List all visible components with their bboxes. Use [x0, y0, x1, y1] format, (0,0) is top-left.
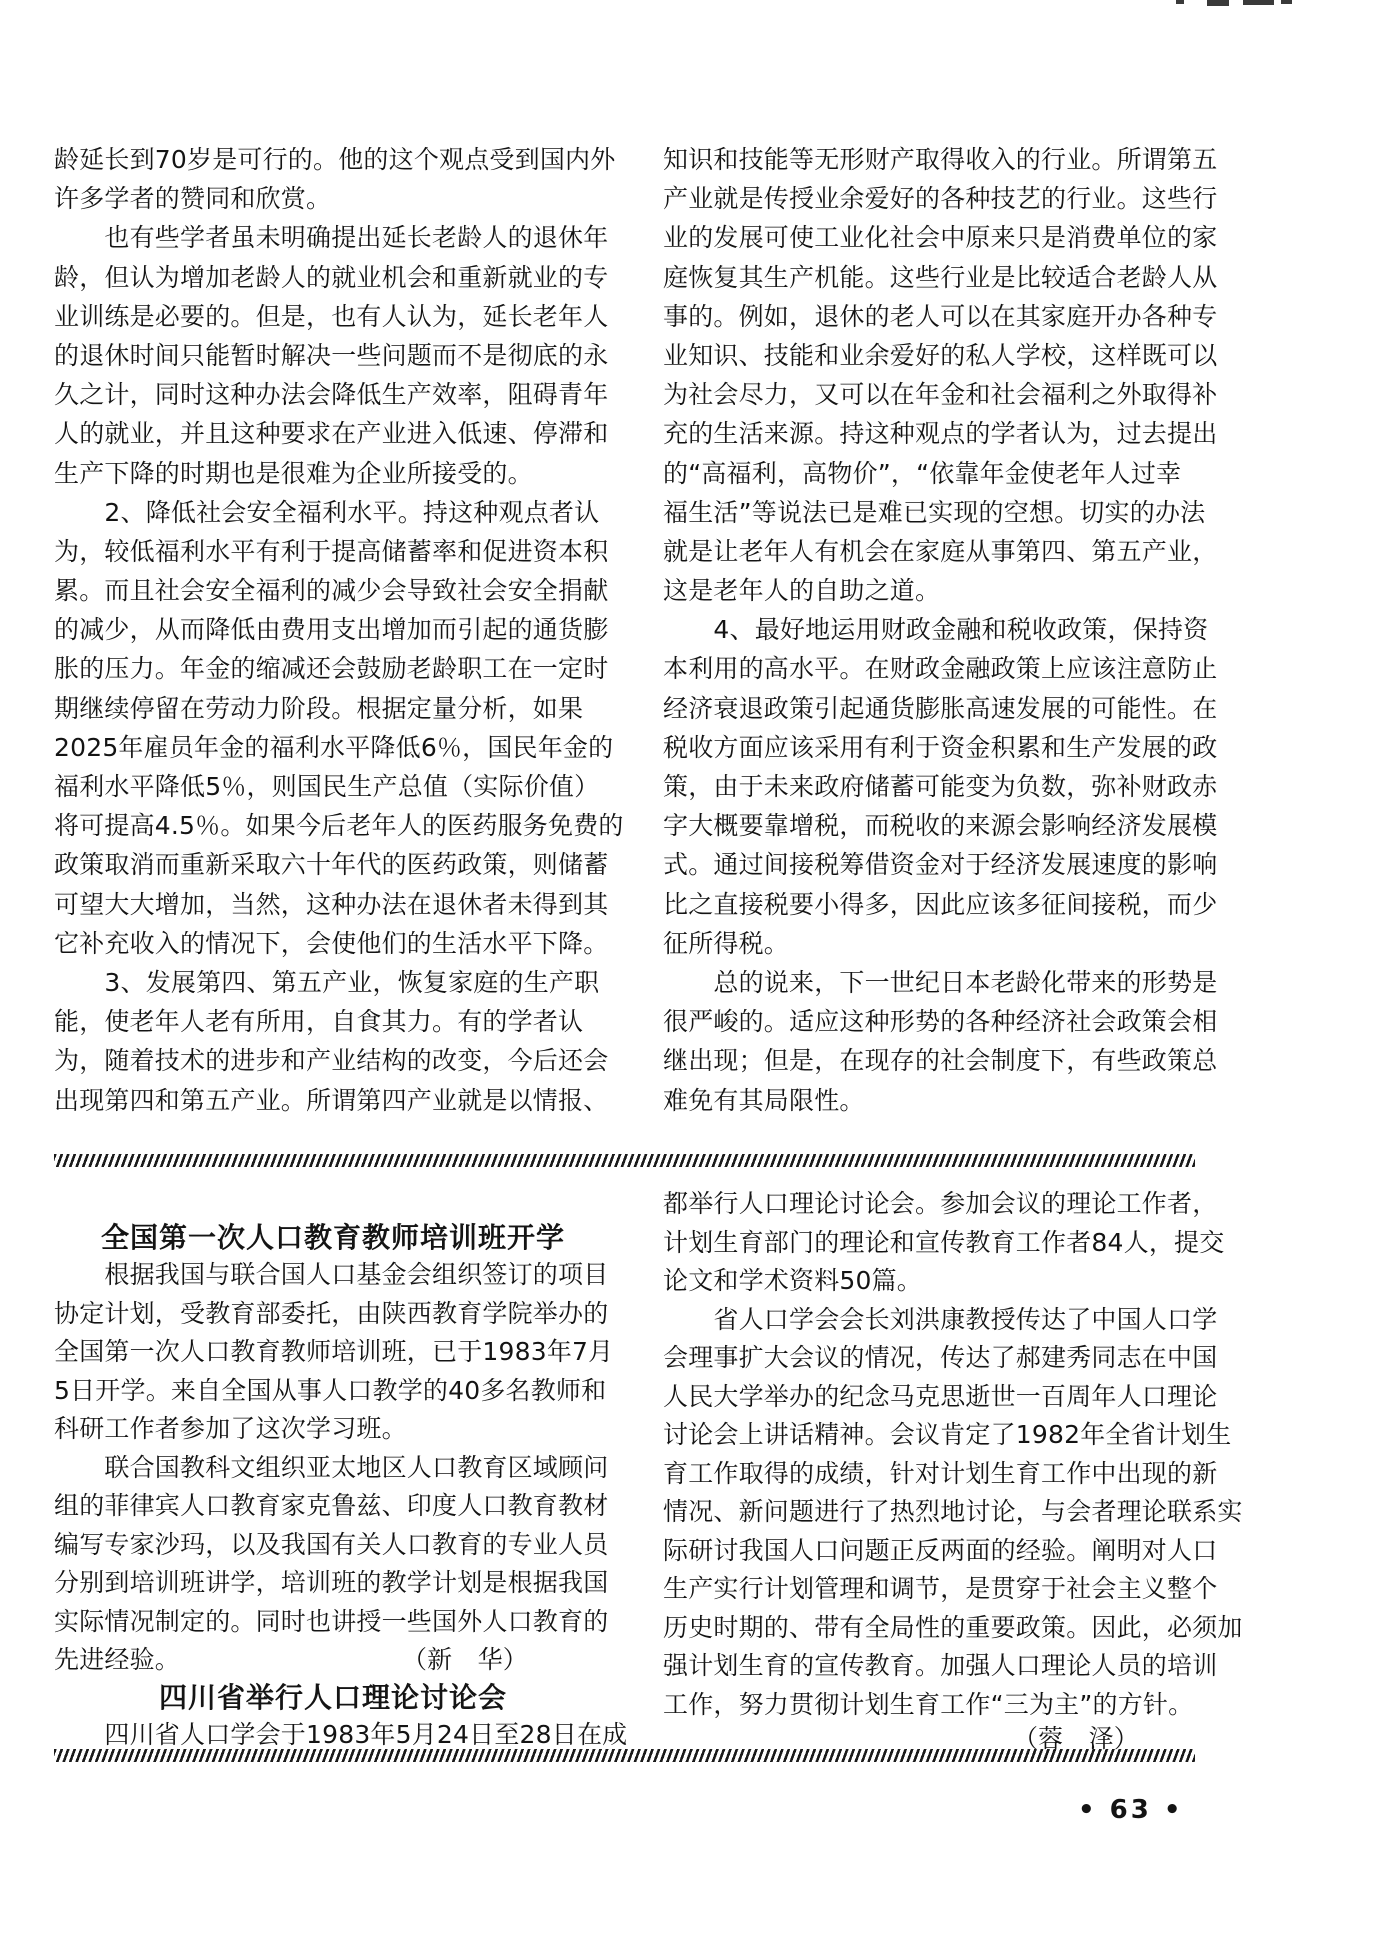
text-line: 联合国教科文组织亚太地区人口教育区域顾问	[54, 1449, 612, 1488]
text-line: 产业就是传授业余爱好的各种技艺的行业。这些行	[663, 179, 1221, 218]
text-line: 继出现；但是，在现存的社会制度下，有些政策总	[663, 1041, 1221, 1080]
text-line: 福利水平降低5％，则国民生产总值（实际价值）	[54, 767, 612, 806]
text-line: 福生活”等说法已是难已实现的空想。切实的办法	[663, 493, 1221, 532]
text-line: 2025年雇员年金的福利水平降低6％，国民年金的	[54, 728, 612, 767]
text-line: 情况、新问题进行了热烈地讨论，与会者理论联系实	[663, 1493, 1221, 1532]
article1-body: 根据我国与联合国人口基金会组织签订的项目协定计划，受教育部委托，由陕西教育学院举…	[54, 1256, 612, 1641]
text-line: 龄，但认为增加老龄人的就业机会和重新就业的专	[54, 258, 612, 297]
article1-closing-text: 先进经验。	[54, 1641, 180, 1680]
scan-artifact	[1176, 0, 1184, 4]
article2-body: 都举行人口理论讨论会。参加会议的理论工作者，计划生育部门的理论和宣传教育工作者8…	[663, 1185, 1221, 1724]
text-line: 为社会尽力，又可以在年金和社会福利之外取得补	[663, 375, 1221, 414]
text-line: 政策取消而重新采取六十年代的医药政策，则储蓄	[54, 845, 612, 884]
page-number: • 63 •	[1078, 1795, 1184, 1825]
text-line: 比之直接税要小得多，因此应该多征间接税，而少	[663, 885, 1221, 924]
text-line: 它补充收入的情况下，会使他们的生活水平下降。	[54, 924, 612, 963]
text-line: 会理事扩大会议的情况，传达了郝建秀同志在中国	[663, 1339, 1221, 1378]
text-line: 龄延长到70岁是可行的。他的这个观点受到国内外	[54, 140, 612, 179]
article1-attribution: （新 华）	[402, 1641, 528, 1680]
text-line: 省人口学会会长刘洪康教授传达了中国人口学	[663, 1301, 1221, 1340]
text-line: 2、降低社会安全福利水平。持这种观点者认	[54, 493, 612, 532]
text-line: 讨论会上讲话精神。会议肯定了1982年全省计划生	[663, 1416, 1221, 1455]
scan-artifact	[1281, 0, 1292, 4]
text-line: 业知识、技能和业余爱好的私人学校，这样既可以	[663, 336, 1221, 375]
zigzag-divider	[54, 1154, 1195, 1167]
text-line: 人民大学举办的纪念马克思逝世一百周年人口理论	[663, 1378, 1221, 1417]
text-line: 久之计，同时这种办法会降低生产效率，阻碍青年	[54, 375, 612, 414]
bottom-right-column: 都举行人口理论讨论会。参加会议的理论工作者，计划生育部门的理论和宣传教育工作者8…	[663, 1185, 1221, 1754]
text-line: 编写专家沙玛，以及我国有关人口教育的专业人员	[54, 1526, 612, 1565]
text-line: 总的说来，下一世纪日本老龄化带来的形势是	[663, 963, 1221, 1002]
text-line: 历史时期的、带有全局性的重要政策。因此，必须加	[663, 1609, 1221, 1648]
scan-artifact	[1243, 0, 1274, 5]
text-line: 人的就业，并且这种要求在产业进入低速、停滞和	[54, 414, 612, 453]
text-line: 都举行人口理论讨论会。参加会议的理论工作者，	[663, 1185, 1221, 1224]
text-line: 字大概要靠增税，而税收的来源会影响经济发展模	[663, 806, 1221, 845]
text-line: 胀的压力。年金的缩减还会鼓励老龄职工在一定时	[54, 649, 612, 688]
text-line: 业的发展可使工业化社会中原来只是消费单位的家	[663, 218, 1221, 257]
text-line: 生产下降的时期也是很难为企业所接受的。	[54, 454, 612, 493]
top-article-right-column: 知识和技能等无形财产取得收入的行业。所谓第五产业就是传授业余爱好的各种技艺的行业…	[663, 140, 1221, 1120]
top-article-left-column: 龄延长到70岁是可行的。他的这个观点受到国内外许多学者的赞同和欣赏。 也有些学者…	[54, 140, 612, 1120]
zigzag-divider	[54, 1749, 1195, 1762]
text-line: 累。而且社会安全福利的减少会导致社会安全捐献	[54, 571, 612, 610]
text-line: 税收方面应该采用有利于资金积累和生产发展的政	[663, 728, 1221, 767]
text-line: 庭恢复其生产机能。这些行业是比较适合老龄人从	[663, 258, 1221, 297]
text-line: 难免有其局限性。	[663, 1081, 1221, 1120]
text-line: 5日开学。来自全国从事人口教学的40多名教师和	[54, 1372, 612, 1411]
text-line: 的退休时间只能暂时解决一些问题而不是彻底的永	[54, 336, 612, 375]
text-line: 能，使老年人老有所用，自食其力。有的学者认	[54, 1002, 612, 1041]
text-line: 3、发展第四、第五产业，恢复家庭的生产职	[54, 963, 612, 1002]
text-line: 经济衰退政策引起通货膨胀高速发展的可能性。在	[663, 689, 1221, 728]
text-line: 为，随着技术的进步和产业结构的改变，今后还会	[54, 1041, 612, 1080]
article2-title: 四川省举行人口理论讨论会	[54, 1680, 612, 1716]
text-line: 式。通过间接税筹借资金对于经济发展速度的影响	[663, 845, 1221, 884]
scanned-journal-page: 龄延长到70岁是可行的。他的这个观点受到国内外许多学者的赞同和欣赏。 也有些学者…	[0, 0, 1391, 1940]
text-line: 组的菲律宾人口教育家克鲁兹、印度人口教育教材	[54, 1487, 612, 1526]
text-line: 育工作取得的成绩，针对计划生育工作中出现的新	[663, 1455, 1221, 1494]
text-line: 为，较低福利水平有利于提高储蓄率和促进资本积	[54, 532, 612, 571]
article1-title: 全国第一次人口教育教师培训班开学	[54, 1220, 612, 1256]
text-line: 分别到培训班讲学，培训班的教学计划是根据我国	[54, 1564, 612, 1603]
text-line: 这是老年人的自助之道。	[663, 571, 1221, 610]
text-line: 期继续停留在劳动力阶段。根据定量分析，如果	[54, 689, 612, 728]
text-line: 征所得税。	[663, 924, 1221, 963]
text-line: 4、最好地运用财政金融和税收政策，保持资	[663, 610, 1221, 649]
text-line: 策，由于未来政府储蓄可能变为负数，弥补财政赤	[663, 767, 1221, 806]
text-line: 计划生育部门的理论和宣传教育工作者84人，提交	[663, 1224, 1221, 1263]
text-line: 的“高福利，高物价”，“依靠年金使老年人过幸	[663, 454, 1221, 493]
text-line: 的减少，从而降低由费用支出增加而引起的通货膨	[54, 610, 612, 649]
scan-artifact	[1207, 0, 1229, 6]
text-line: 可望大大增加，当然，这种办法在退休者未得到其	[54, 885, 612, 924]
text-line: 充的生活来源。持这种观点的学者认为，过去提出	[663, 414, 1221, 453]
text-line: 许多学者的赞同和欣赏。	[54, 179, 612, 218]
text-line: 协定计划，受教育部委托，由陕西教育学院举办的	[54, 1295, 612, 1334]
text-line: 论文和学术资料50篇。	[663, 1262, 1221, 1301]
text-line: 业训练是必要的。但是，也有人认为，延长老年人	[54, 297, 612, 336]
text-line: 工作，努力贯彻计划生育工作“三为主”的方针。	[663, 1686, 1221, 1725]
bottom-left-column: 全国第一次人口教育教师培训班开学 根据我国与联合国人口基金会组织签订的项目协定计…	[54, 1220, 612, 1754]
text-line: 知识和技能等无形财产取得收入的行业。所谓第五	[663, 140, 1221, 179]
text-line: 际研讨我国人口问题正反两面的经验。阐明对人口	[663, 1532, 1221, 1571]
text-line: 出现第四和第五产业。所谓第四产业就是以情报、	[54, 1081, 612, 1120]
text-line: 很严峻的。适应这种形势的各种经济社会政策会相	[663, 1002, 1221, 1041]
text-line: 也有些学者虽未明确提出延长老龄人的退休年	[54, 218, 612, 257]
article1-closing-line: 先进经验。 （新 华）	[54, 1641, 612, 1680]
text-line: 将可提高4.5％。如果今后老年人的医药服务免费的	[54, 806, 612, 845]
text-line: 科研工作者参加了这次学习班。	[54, 1410, 612, 1449]
text-line: 本利用的高水平。在财政金融政策上应该注意防止	[663, 649, 1221, 688]
text-line: 事的。例如，退休的老人可以在其家庭开办各种专	[663, 297, 1221, 336]
text-line: 强计划生育的宣传教育。加强人口理论人员的培训	[663, 1647, 1221, 1686]
text-line: 根据我国与联合国人口基金会组织签订的项目	[54, 1256, 612, 1295]
text-line: 生产实行计划管理和调节，是贯穿于社会主义整个	[663, 1570, 1221, 1609]
text-line: 全国第一次人口教育教师培训班，已于1983年7月	[54, 1333, 612, 1372]
text-line: 实际情况制定的。同时也讲授一些国外人口教育的	[54, 1603, 612, 1642]
text-line: 就是让老年人有机会在家庭从事第四、第五产业，	[663, 532, 1221, 571]
